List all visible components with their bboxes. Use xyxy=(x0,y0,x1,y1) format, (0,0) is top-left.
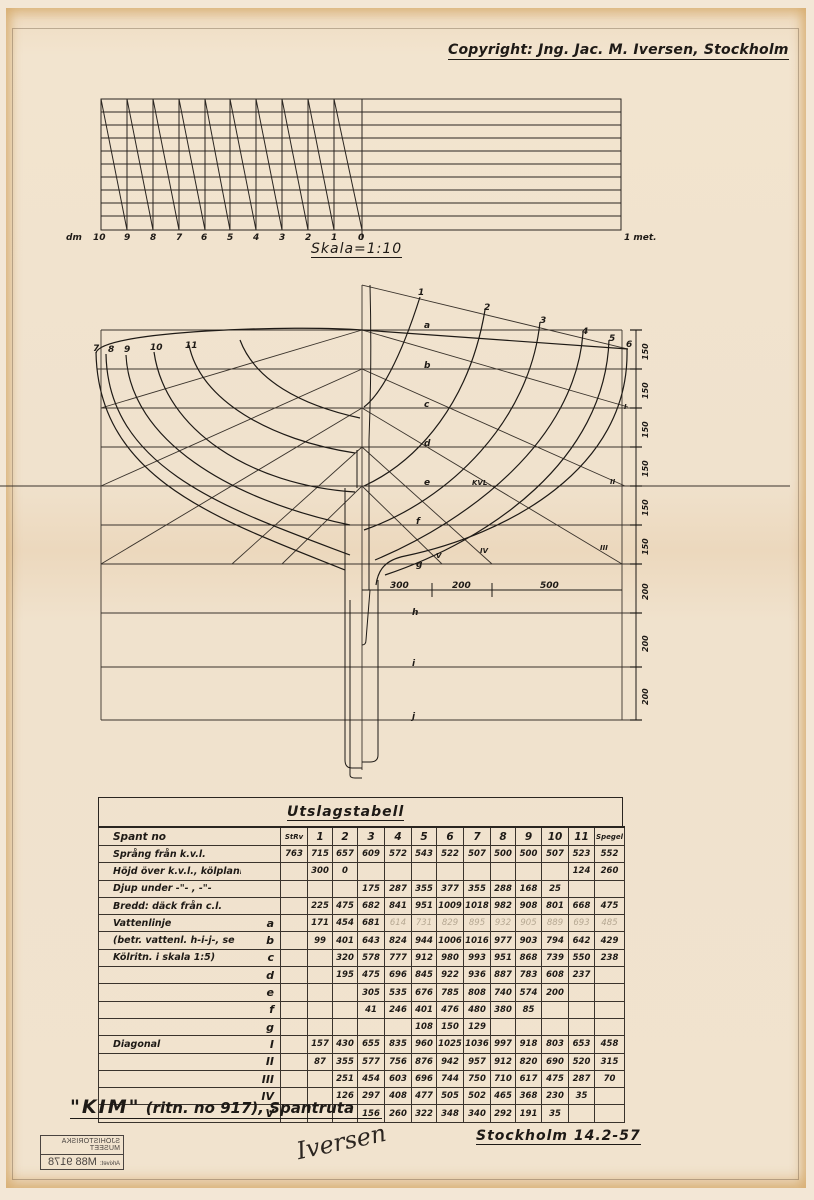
table-row: g108150129 xyxy=(99,1018,625,1035)
table-row: DiagonalI1574306558359601025103699791880… xyxy=(99,1036,625,1053)
table-cell xyxy=(333,1001,358,1018)
header-col-11: 11 xyxy=(569,827,595,846)
svg-text:IV: IV xyxy=(480,547,489,555)
table-cell: 124 xyxy=(569,863,595,880)
table-cell: 951 xyxy=(412,897,437,914)
table-cell: 380 xyxy=(491,1001,516,1018)
table-cell xyxy=(281,880,308,897)
header-col-2: 2 xyxy=(333,827,358,846)
table-header-row: Spant noStRv1234567891011Spegel xyxy=(99,827,625,846)
table-cell: 942 xyxy=(437,1053,464,1070)
table-cell: 225 xyxy=(308,897,333,914)
table-cell xyxy=(308,1070,333,1087)
station-curves-aft xyxy=(96,328,362,570)
table-row: d195475696845922936887783608237 xyxy=(99,967,625,984)
keel-outline xyxy=(345,285,378,778)
header-col-spegel: Spegel xyxy=(595,827,625,846)
table-cell: 523 xyxy=(569,846,595,863)
table-cell: 348 xyxy=(437,1105,464,1122)
faint-cell: 485 xyxy=(595,915,625,932)
table-cell: 690 xyxy=(542,1053,569,1070)
svg-text:150: 150 xyxy=(641,499,650,516)
table-cell xyxy=(516,863,542,880)
row-sublabel xyxy=(241,863,281,880)
svg-text:4: 4 xyxy=(252,233,259,243)
table-cell xyxy=(333,1018,358,1035)
header-col-6: 6 xyxy=(437,827,464,846)
table-cell xyxy=(595,1018,625,1035)
faint-cell: 905 xyxy=(516,915,542,932)
table-cell: 401 xyxy=(333,932,358,949)
svg-text:4: 4 xyxy=(581,327,588,337)
table-cell xyxy=(358,1018,385,1035)
svg-text:200: 200 xyxy=(641,583,650,600)
table-cell: 175 xyxy=(358,880,385,897)
table-cell: 756 xyxy=(385,1053,412,1070)
table-cell: 300 xyxy=(308,863,333,880)
table-cell xyxy=(333,880,358,897)
table-cell: 238 xyxy=(595,949,625,966)
header-label: Spant no xyxy=(99,827,281,846)
row-label xyxy=(99,1053,241,1070)
row-sublabel xyxy=(241,846,281,863)
table-cell: 603 xyxy=(385,1070,412,1087)
table-cell: 505 xyxy=(437,1088,464,1105)
header-col-9: 9 xyxy=(516,827,542,846)
table-cell: 794 xyxy=(542,932,569,949)
table-cell: 1018 xyxy=(464,897,491,914)
svg-text:10: 10 xyxy=(150,343,163,353)
svg-text:10: 10 xyxy=(93,233,106,243)
svg-text:7: 7 xyxy=(93,344,100,354)
table-cell xyxy=(569,1018,595,1035)
table-cell: 841 xyxy=(385,897,412,914)
table-cell: 157 xyxy=(308,1036,333,1053)
table-cell: 783 xyxy=(516,967,542,984)
table-cell: 572 xyxy=(385,846,412,863)
svg-text:d: d xyxy=(424,439,431,449)
table-cell: 655 xyxy=(358,1036,385,1053)
table-cell: 355 xyxy=(333,1053,358,1070)
table-cell: 99 xyxy=(308,932,333,949)
table-cell: 171 xyxy=(308,915,333,932)
row-label: Diagonal xyxy=(99,1036,241,1053)
row-sublabel: III xyxy=(241,1070,281,1087)
table-cell: 305 xyxy=(358,984,385,1001)
row-sublabel: I xyxy=(241,1036,281,1053)
table-cell xyxy=(516,1018,542,1035)
svg-text:g: g xyxy=(416,560,423,570)
row-label: Bredd: däck från c.l. xyxy=(99,897,241,914)
table-cell: 696 xyxy=(412,1070,437,1087)
svg-text:I: I xyxy=(624,403,627,411)
table-cell: 408 xyxy=(385,1088,412,1105)
table-cell: 475 xyxy=(333,897,358,914)
header-col-1: 1 xyxy=(308,827,333,846)
row-label: Språng från k.v.l. xyxy=(99,846,241,863)
table-cell xyxy=(281,1036,308,1053)
table-cell xyxy=(308,1018,333,1035)
table-cell: 710 xyxy=(491,1070,516,1087)
table-cell: 960 xyxy=(412,1036,437,1053)
table-cell xyxy=(308,1001,333,1018)
header-col-10: 10 xyxy=(542,827,569,846)
table-cell: 41 xyxy=(358,1001,385,1018)
svg-text:e: e xyxy=(424,478,430,488)
table-cell xyxy=(281,915,308,932)
table-cell xyxy=(281,967,308,984)
table-cell: 230 xyxy=(542,1088,569,1105)
table-cell: 715 xyxy=(308,846,333,863)
boat-name: "KIM" xyxy=(70,1096,141,1118)
table-cell xyxy=(542,1018,569,1035)
table-row: Bredd: däck från c.l.2254756828419511009… xyxy=(99,897,625,914)
drawing-title: "KIM" (ritn. no 917), Spantruta xyxy=(70,1096,382,1119)
faint-cell: 829 xyxy=(437,915,464,932)
table-cell: 609 xyxy=(358,846,385,863)
body-plan-grid xyxy=(0,285,790,770)
svg-text:7: 7 xyxy=(176,233,183,243)
table-row: III25145460369674475071061747528770 xyxy=(99,1070,625,1087)
table-cell: 35 xyxy=(542,1105,569,1122)
svg-text:150: 150 xyxy=(641,421,650,438)
svg-text:200: 200 xyxy=(641,688,650,705)
table-cell: 260 xyxy=(385,1105,412,1122)
row-sublabel: a xyxy=(241,915,281,932)
table-cell: 465 xyxy=(491,1088,516,1105)
svg-text:6: 6 xyxy=(626,340,632,350)
table-cell: 476 xyxy=(437,1001,464,1018)
table-cell: 454 xyxy=(358,1070,385,1087)
svg-text:150: 150 xyxy=(641,382,650,399)
table-row: Djup under -"- , -"-17528735537735528816… xyxy=(99,880,625,897)
table-cell: 682 xyxy=(358,897,385,914)
table-cell: 739 xyxy=(542,949,569,966)
table-cell xyxy=(308,880,333,897)
header-col-8: 8 xyxy=(491,827,516,846)
svg-text:11: 11 xyxy=(185,341,198,351)
table-title-box: Utslagstabell xyxy=(98,797,623,826)
row-label xyxy=(99,967,241,984)
table-cell: 543 xyxy=(412,846,437,863)
table-cell xyxy=(542,863,569,880)
svg-text:150: 150 xyxy=(641,343,650,360)
table-row: Kölritn. i skala 1:5)c320578777912980993… xyxy=(99,949,625,966)
table-cell: 251 xyxy=(333,1070,358,1087)
row-label: Djup under -"- , -"- xyxy=(99,880,241,897)
table-cell: 801 xyxy=(542,897,569,914)
table-cell: 25 xyxy=(542,880,569,897)
table-cell: 835 xyxy=(385,1036,412,1053)
table-cell xyxy=(308,984,333,1001)
row-label xyxy=(99,1018,241,1035)
table-cell xyxy=(595,1001,625,1018)
svg-text:II: II xyxy=(610,478,616,486)
table-cell: 168 xyxy=(516,880,542,897)
table-cell: 617 xyxy=(516,1070,542,1087)
archive-stamp: SJÖHISTORISKA MUSEET Arkivet: M88 9178 xyxy=(40,1135,124,1170)
table-cell xyxy=(308,967,333,984)
table-cell: 520 xyxy=(569,1053,595,1070)
table-cell: 500 xyxy=(491,846,516,863)
header-col-7: 7 xyxy=(464,827,491,846)
table-cell: 320 xyxy=(333,949,358,966)
table-cell: 458 xyxy=(595,1036,625,1053)
table-cell: 740 xyxy=(491,984,516,1001)
table-cell: 522 xyxy=(437,846,464,863)
faint-cell: 889 xyxy=(542,915,569,932)
svg-text:2: 2 xyxy=(484,303,490,313)
row-sublabel: g xyxy=(241,1018,281,1035)
table-cell xyxy=(308,949,333,966)
svg-text:c: c xyxy=(424,400,430,410)
row-label: (betr. vattenl. h-i-j-, se xyxy=(99,932,241,949)
table-cell xyxy=(385,1018,412,1035)
row-label xyxy=(99,1070,241,1087)
svg-text:9: 9 xyxy=(124,233,130,243)
table-cell: 982 xyxy=(491,897,516,914)
table-cell: 368 xyxy=(516,1088,542,1105)
table-cell: 977 xyxy=(491,932,516,949)
faint-cell: 932 xyxy=(491,915,516,932)
svg-text:5: 5 xyxy=(609,334,615,344)
faint-cell: 614 xyxy=(385,915,412,932)
table-cell xyxy=(595,880,625,897)
row-sublabel: II xyxy=(241,1053,281,1070)
table-cell: 577 xyxy=(358,1053,385,1070)
row-sublabel: c xyxy=(241,949,281,966)
row-sublabel xyxy=(241,897,281,914)
row-label: Kölritn. i skala 1:5) xyxy=(99,949,241,966)
table-cell: 578 xyxy=(358,949,385,966)
table-cell: 260 xyxy=(595,863,625,880)
table-cell xyxy=(281,932,308,949)
table-cell: 918 xyxy=(516,1036,542,1053)
table-cell: 676 xyxy=(412,984,437,1001)
table-cell xyxy=(491,863,516,880)
table-cell xyxy=(385,863,412,880)
kvl-label: KVL xyxy=(472,479,487,487)
table-cell: 355 xyxy=(464,880,491,897)
table-cell: 322 xyxy=(412,1105,437,1122)
table-cell: 246 xyxy=(385,1001,412,1018)
table-cell: 868 xyxy=(516,949,542,966)
table-row: Höjd över k.v.l., kölplanka3000124260 xyxy=(99,863,625,880)
station-curves-fore xyxy=(362,297,628,585)
table-cell xyxy=(569,880,595,897)
table-cell: 808 xyxy=(464,984,491,1001)
table-cell: 500 xyxy=(516,846,542,863)
table-cell: 980 xyxy=(437,949,464,966)
table-cell: 657 xyxy=(333,846,358,863)
svg-text:150: 150 xyxy=(641,460,650,477)
table-cell: 108 xyxy=(412,1018,437,1035)
table-cell xyxy=(412,863,437,880)
svg-text:f: f xyxy=(416,517,421,527)
table-cell: 377 xyxy=(437,880,464,897)
table-cell: 653 xyxy=(569,1036,595,1053)
table-cell: 642 xyxy=(569,932,595,949)
table-cell: 1025 xyxy=(437,1036,464,1053)
svg-text:6: 6 xyxy=(201,233,207,243)
offsets-table: Utslagstabell Spant noStRv1234567891011S… xyxy=(98,797,623,1123)
lines-drawing: dm 10 9 8 7 6 5 4 3 2 1 0 1 met. xyxy=(0,0,814,800)
svg-text:8: 8 xyxy=(150,233,156,243)
table-cell: 951 xyxy=(491,949,516,966)
table-cell: 35 xyxy=(569,1088,595,1105)
svg-text:5: 5 xyxy=(227,233,233,243)
table-cell xyxy=(569,1105,595,1122)
scale-caption: Skala=1:10 xyxy=(311,241,402,258)
place-date: Stockholm 14.2-57 xyxy=(476,1128,641,1145)
row-label xyxy=(99,984,241,1001)
table-cell: 507 xyxy=(464,846,491,863)
table-cell: 1036 xyxy=(464,1036,491,1053)
table-cell: 763 xyxy=(281,846,308,863)
table-cell: 608 xyxy=(542,967,569,984)
svg-text:III: III xyxy=(600,544,608,552)
svg-text:8: 8 xyxy=(108,345,114,355)
table-cell xyxy=(281,984,308,1001)
table-row: Språng från k.v.l.7637156576095725435225… xyxy=(99,846,625,863)
faint-cell: 731 xyxy=(412,915,437,932)
row-sublabel: b xyxy=(241,932,281,949)
svg-text:b: b xyxy=(424,361,431,371)
table-cell: 997 xyxy=(491,1036,516,1053)
table-cell: 287 xyxy=(385,880,412,897)
table-cell: 292 xyxy=(491,1105,516,1122)
table-cell: 287 xyxy=(569,1070,595,1087)
table-cell: 475 xyxy=(595,897,625,914)
table-cell: 908 xyxy=(516,897,542,914)
table-cell: 912 xyxy=(412,949,437,966)
svg-text:3: 3 xyxy=(540,316,546,326)
table-cell: 195 xyxy=(333,967,358,984)
row-label: Höjd över k.v.l., kölplanka xyxy=(99,863,241,880)
table-cell xyxy=(281,949,308,966)
table-cell: 0 xyxy=(333,863,358,880)
table-cell: 803 xyxy=(542,1036,569,1053)
table-cell: 552 xyxy=(595,846,625,863)
table-cell: 750 xyxy=(464,1070,491,1087)
table-cell: 912 xyxy=(491,1053,516,1070)
table-cell: 355 xyxy=(412,880,437,897)
table-cell: 429 xyxy=(595,932,625,949)
svg-text:200: 200 xyxy=(641,635,650,652)
table-cell: 668 xyxy=(569,897,595,914)
row-sublabel: d xyxy=(241,967,281,984)
table-cell xyxy=(595,1105,625,1122)
svg-text:a: a xyxy=(424,321,430,331)
svg-text:9: 9 xyxy=(124,345,130,355)
table-cell: 820 xyxy=(516,1053,542,1070)
table-cell: 430 xyxy=(333,1036,358,1053)
svg-text:j: j xyxy=(410,712,416,722)
table-cell: 315 xyxy=(595,1053,625,1070)
table-cell xyxy=(281,1018,308,1035)
drawing-subtitle: (ritn. no 917), Spantruta xyxy=(141,1099,355,1117)
table-cell xyxy=(569,1001,595,1018)
table-cell: 340 xyxy=(464,1105,491,1122)
table-cell: 1006 xyxy=(437,932,464,949)
header-col-3: 3 xyxy=(358,827,385,846)
table-cell xyxy=(569,984,595,1001)
table-cell: 550 xyxy=(569,949,595,966)
table-cell: 502 xyxy=(464,1088,491,1105)
table-cell: 535 xyxy=(385,984,412,1001)
table-cell: 876 xyxy=(412,1053,437,1070)
table-cell: 993 xyxy=(464,949,491,966)
table-cell: 70 xyxy=(595,1070,625,1087)
faint-cell: 895 xyxy=(464,915,491,932)
svg-text:i: i xyxy=(412,659,416,669)
table-cell: 454 xyxy=(333,915,358,932)
table-cell xyxy=(491,1018,516,1035)
row-sublabel: f xyxy=(241,1001,281,1018)
table-cell: 643 xyxy=(358,932,385,949)
table-cell: 480 xyxy=(464,1001,491,1018)
table-cell: 936 xyxy=(464,967,491,984)
table-row: II87355577756876942957912820690520315 xyxy=(99,1053,625,1070)
table-cell xyxy=(595,1088,625,1105)
row-sublabel xyxy=(241,880,281,897)
table-cell: 150 xyxy=(437,1018,464,1035)
table-cell: 574 xyxy=(516,984,542,1001)
table-cell: 1016 xyxy=(464,932,491,949)
svg-text:200: 200 xyxy=(452,581,471,591)
table-row: Vattenlinjea1714546816147318298959329058… xyxy=(99,915,625,932)
table-cell: 785 xyxy=(437,984,464,1001)
table-cell: 1009 xyxy=(437,897,464,914)
header-col-5: 5 xyxy=(412,827,437,846)
table-cell xyxy=(358,863,385,880)
table-cell: 957 xyxy=(464,1053,491,1070)
offsets-grid: Spant noStRv1234567891011SpegelSprång fr… xyxy=(98,826,625,1123)
table-cell: 824 xyxy=(385,932,412,949)
table-cell xyxy=(464,863,491,880)
svg-text:150: 150 xyxy=(641,538,650,555)
row-label xyxy=(99,1001,241,1018)
table-row: f4124640147648038085 xyxy=(99,1001,625,1018)
table-row: e305535676785808740574200 xyxy=(99,984,625,1001)
table-cell: 237 xyxy=(569,967,595,984)
table-cell: 777 xyxy=(385,949,412,966)
table-cell: 191 xyxy=(516,1105,542,1122)
header-col-strv: StRv xyxy=(281,827,308,846)
table-cell: 475 xyxy=(358,967,385,984)
svg-text:3: 3 xyxy=(279,233,285,243)
table-title: Utslagstabell xyxy=(287,804,404,821)
scale-unit-dm: dm xyxy=(66,233,82,243)
table-cell: 903 xyxy=(516,932,542,949)
table-cell: 744 xyxy=(437,1070,464,1087)
table-cell: 944 xyxy=(412,932,437,949)
table-cell: 87 xyxy=(308,1053,333,1070)
table-cell: 845 xyxy=(412,967,437,984)
row-sublabel: e xyxy=(241,984,281,1001)
table-cell: 477 xyxy=(412,1088,437,1105)
row-label: Vattenlinje xyxy=(99,915,241,932)
table-row: (betr. vattenl. h-i-j-, seb9940164382494… xyxy=(99,932,625,949)
table-cell xyxy=(437,863,464,880)
stamp-museum: SJÖHISTORISKA MUSEET xyxy=(41,1136,123,1155)
table-cell: 288 xyxy=(491,880,516,897)
table-cell xyxy=(595,967,625,984)
table-cell xyxy=(281,1001,308,1018)
svg-text:1: 1 xyxy=(418,288,424,298)
scale-unit-met: 1 met. xyxy=(624,233,657,243)
header-col-4: 4 xyxy=(385,827,412,846)
